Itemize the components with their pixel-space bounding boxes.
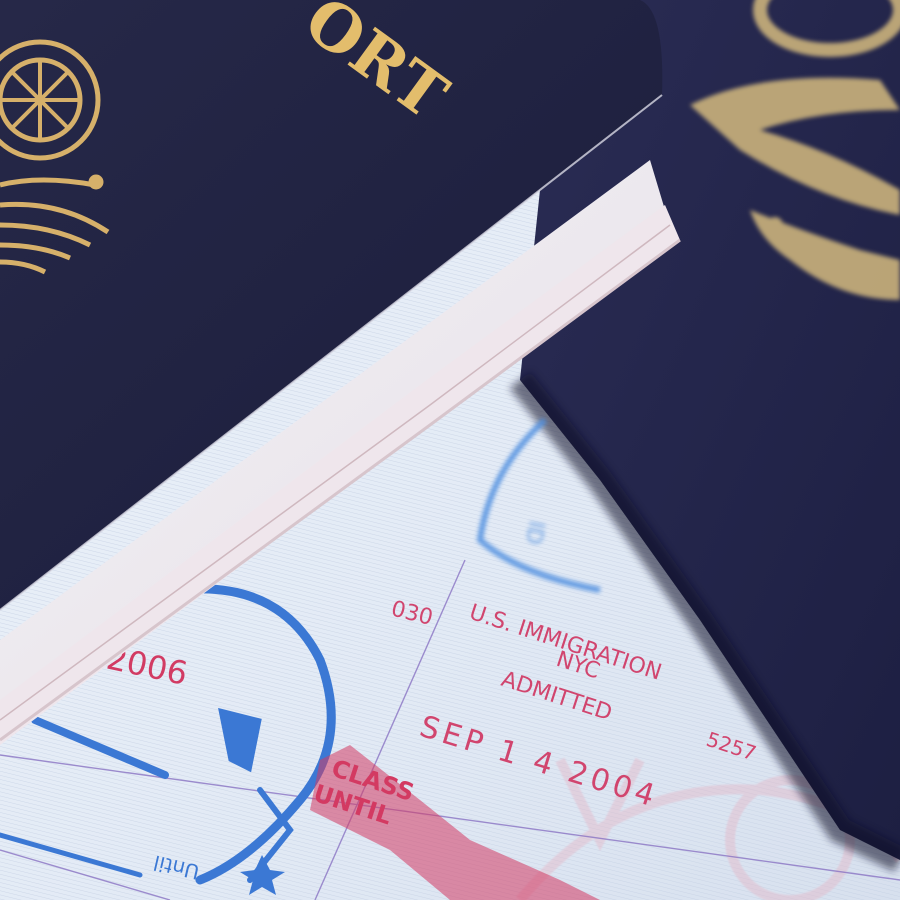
svg-text:ID: ID: [520, 519, 549, 546]
passport-photo: ID Until 2006 030 U.S. IMMIGRATION NYC A…: [0, 0, 900, 900]
photo-canvas: ID Until 2006 030 U.S. IMMIGRATION NYC A…: [0, 0, 900, 900]
